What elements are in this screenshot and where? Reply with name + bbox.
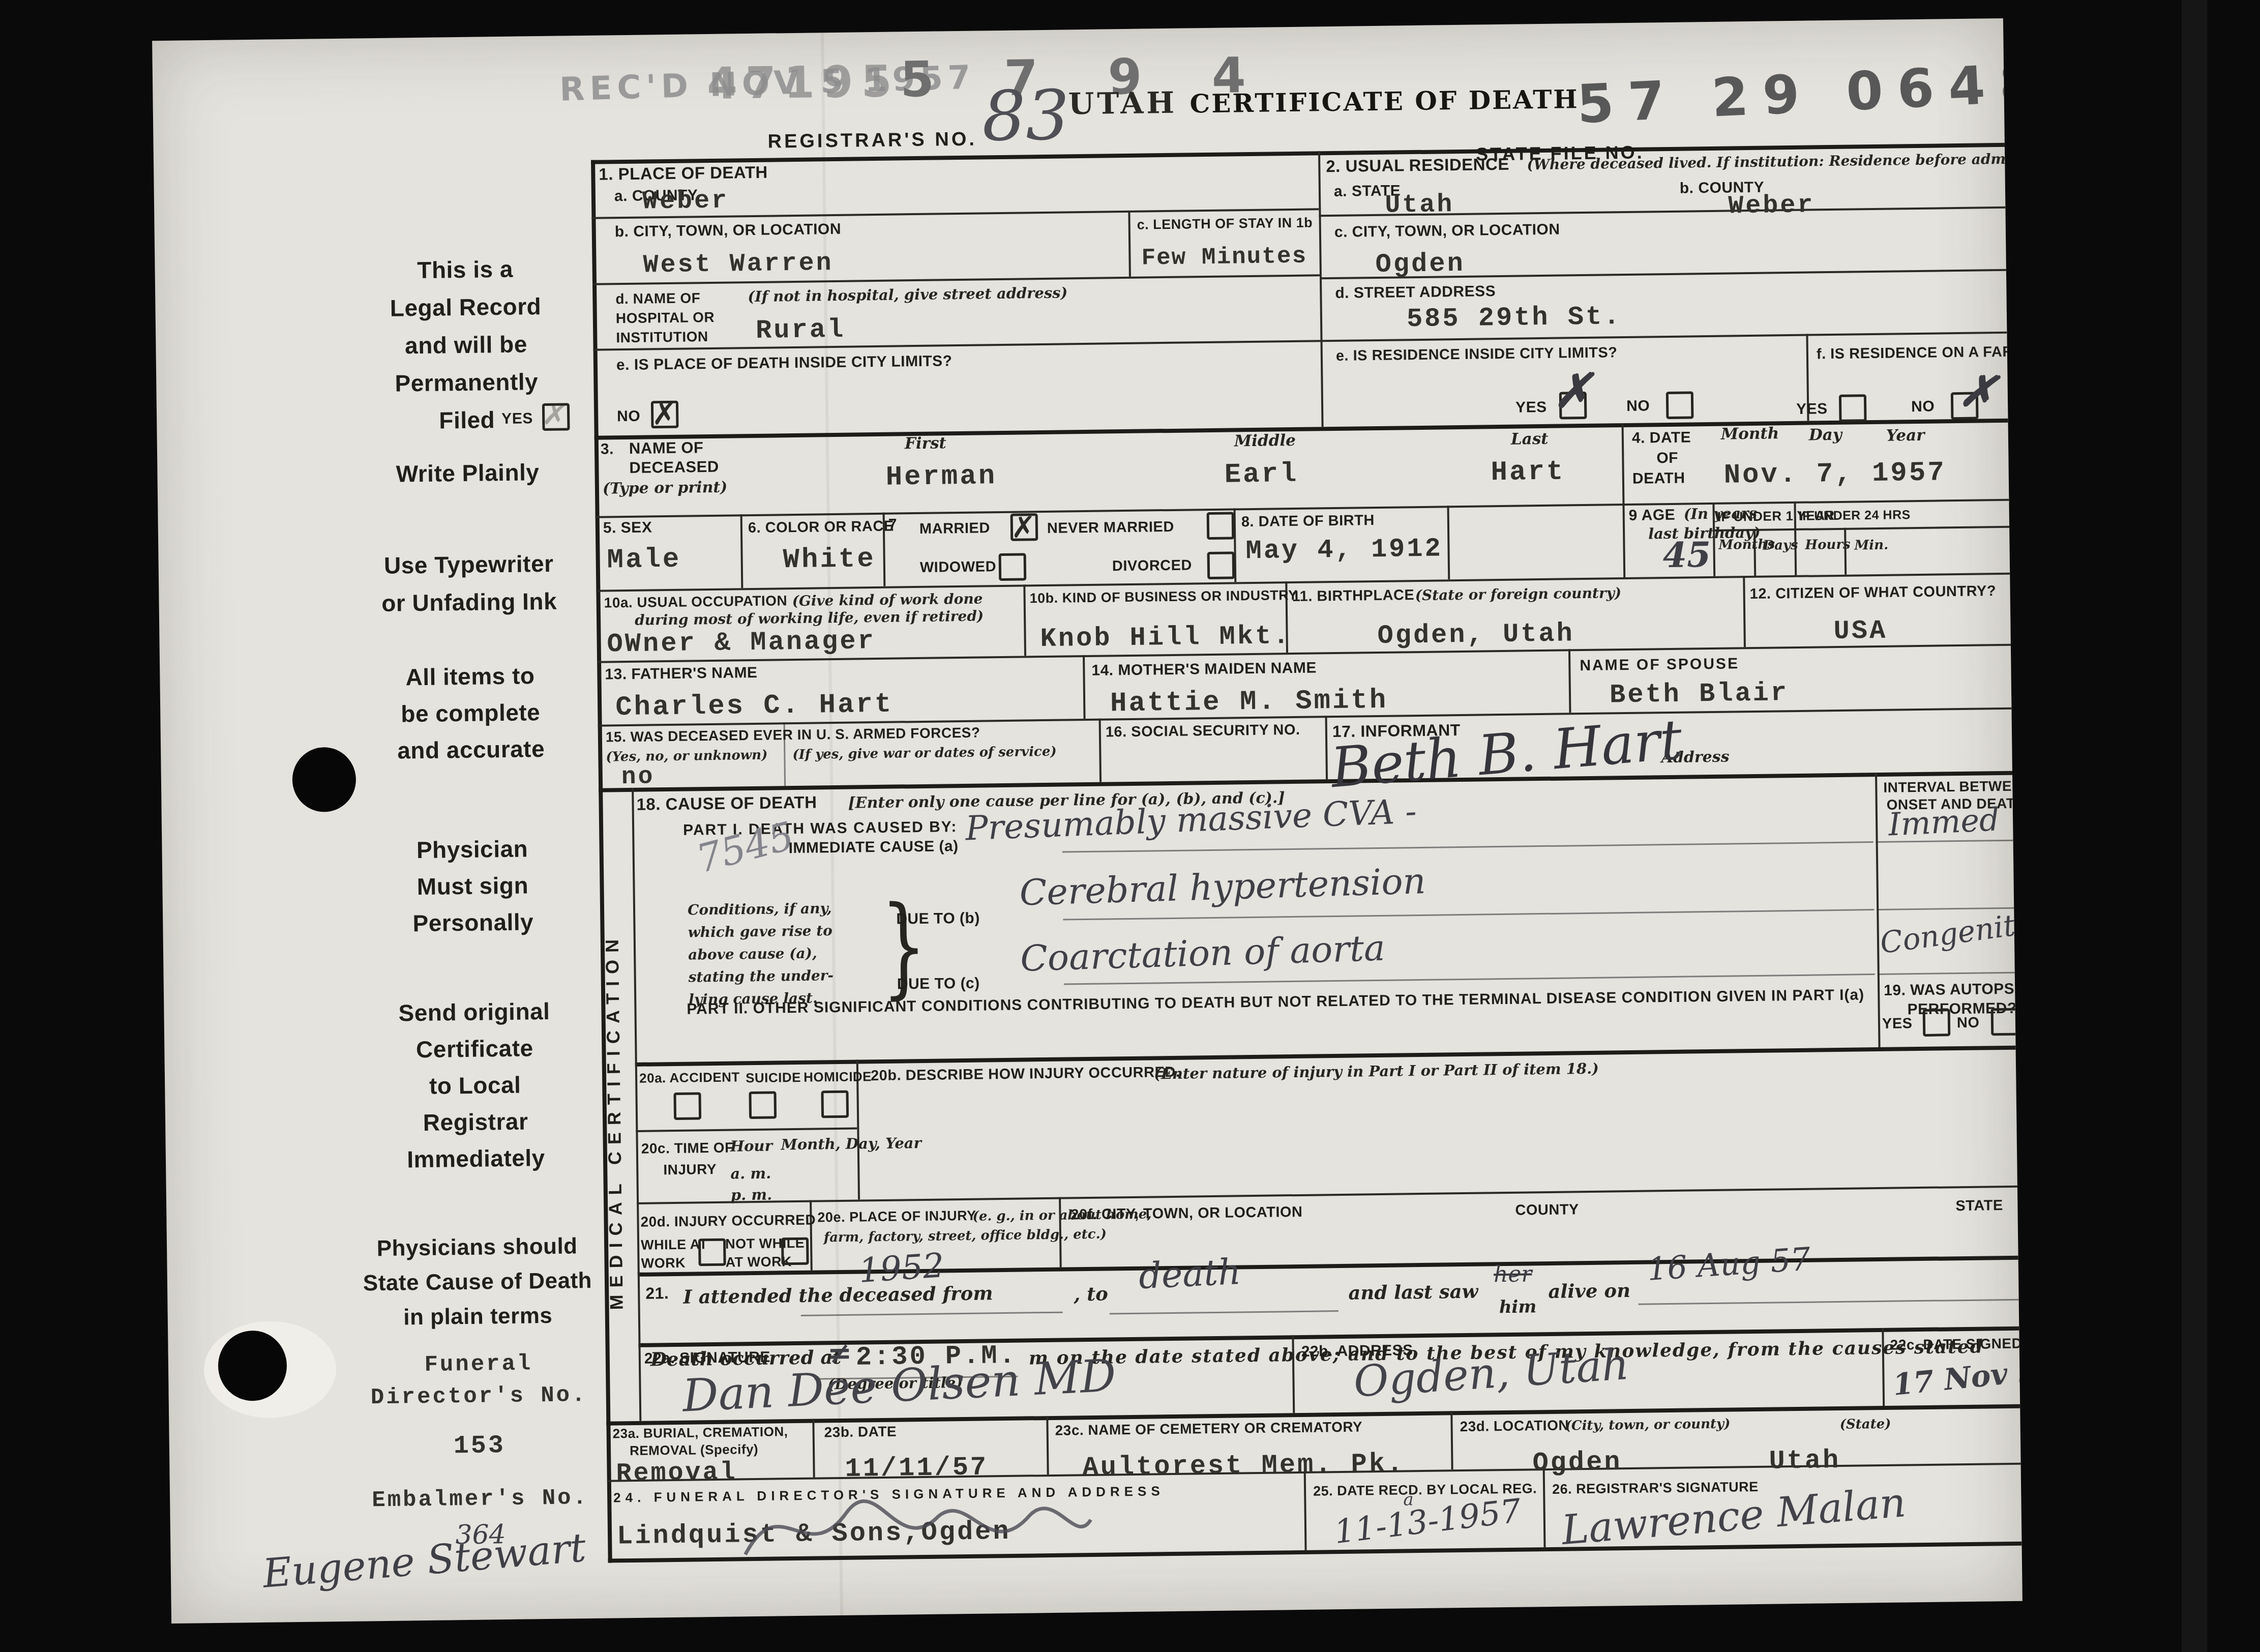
s21-text-4: alive on: [1548, 1279, 1630, 1303]
s3-first-value: Herman: [885, 461, 997, 493]
form-grid: [152, 18, 2003, 41]
s19-label-1: 19. WAS AUTOPSY: [1884, 981, 2023, 999]
section-14-mother: 14. MOTHER'S MAIDEN NAME Hattie M. Smith: [152, 18, 2003, 41]
s22a-label: 22a. SIGNATURE: [644, 1349, 771, 1368]
s2d-value: 585 29th St.: [1407, 302, 1622, 334]
s21-to-value: death: [1138, 1251, 1242, 1297]
s20d-while-label-2: WORK: [641, 1255, 686, 1272]
s3-label-2: DECEASED: [629, 458, 719, 477]
section-23-disposition: 23a. BURIAL, CREMATION, REMOVAL (Specify…: [152, 18, 2003, 41]
margin-complete-1: All items to: [353, 661, 587, 692]
s7-married-label: MARRIED: [919, 520, 990, 538]
s18-due-c-label: DUE TO (c): [897, 975, 980, 993]
margin-send-2: Certificate: [358, 1034, 592, 1064]
s6-value: White: [783, 544, 876, 576]
s10a-note-2: during most of working life, even if ret…: [635, 607, 984, 628]
s10a-note-1: (Give kind of work done: [792, 590, 983, 609]
section-16-ssn: 16. SOCIAL SECURITY NO.: [152, 18, 2003, 41]
s1b-label: b. CITY, TOWN, OR LOCATION: [615, 221, 842, 241]
s20e-note-2: farm, factory, street, office bldg., etc…: [824, 1227, 1107, 1246]
funeral-director-no-label-2: Director's No.: [341, 1382, 616, 1411]
margin-instructions: This is a Legal Record and will be Perma…: [152, 18, 2003, 41]
s3-note: (Type or print): [603, 479, 728, 498]
s10b-label: 10b. KIND OF BUSINESS OR INDUSTRY: [1029, 587, 1297, 606]
s6-label: 6. COLOR OR RACE: [748, 518, 894, 537]
s8-value: May 4, 1912: [1245, 534, 1443, 566]
s21-text-1: I attended the deceased from: [683, 1282, 993, 1308]
s4-label-3: DEATH: [1632, 470, 1685, 488]
interval-column: INTERVAL BETWEEN ONSET AND DEATH Immed C…: [152, 18, 2003, 41]
s20a-accident-checkbox: [673, 1092, 701, 1120]
s2f-label: f. IS RESIDENCE ON A FARM?: [1817, 343, 2023, 363]
margin-legal-2: Legal Record: [348, 292, 583, 322]
s1e-yes-mark: ✗: [541, 396, 570, 434]
s2c-label: c. CITY, TOWN, OR LOCATION: [1334, 221, 1560, 241]
s22c-label: 22c. DATE SIGNED: [1890, 1336, 2023, 1353]
s3-middle-label: Middle: [1234, 431, 1296, 450]
section-5-sex: 5. SEX Male: [152, 18, 2003, 41]
s20a-homicide-label: HOMICIDE: [804, 1069, 872, 1085]
embalmer-no-label: Embalmer's No.: [343, 1485, 618, 1514]
s25-superscript: a: [1403, 1489, 1414, 1510]
funeral-director-no-label-1: Funeral: [341, 1350, 616, 1379]
s3-last-label: Last: [1511, 430, 1549, 449]
margin-send-1: Send original: [357, 997, 591, 1027]
s20c-hour-label: Hour: [730, 1137, 773, 1155]
s15-note-2: (If yes, give war or dates of service): [792, 744, 1057, 762]
s19-no-checkbox: [1991, 1008, 2019, 1036]
certificate-header: REC'D NOV 5 1957 47195 5 7 9 4 REGISTRAR…: [152, 18, 2003, 41]
s4-month-label: Month: [1721, 424, 1779, 443]
s7-widowed-checkbox: [999, 553, 1027, 581]
s2c-value: Ogden: [1375, 249, 1465, 280]
section-4-date-of-death: 4. DATE OF DEATH Month Day Year Nov. 7, …: [152, 18, 2003, 41]
s1e-no-label: NO: [617, 408, 640, 426]
s16-label: 16. SOCIAL SECURITY NO.: [1106, 722, 1300, 741]
s5-value: Male: [607, 544, 681, 576]
s15-value: no: [621, 763, 655, 791]
section-12-citizen: 12. CITIZEN OF WHAT COUNTRY? USA: [152, 18, 2003, 41]
s21-from-value: 1952: [857, 1246, 945, 1290]
section-10b-industry: 10b. KIND OF BUSINESS OR INDUSTRY Knob H…: [152, 18, 2003, 41]
microfilm-photo: This is a Legal Record and will be Perma…: [0, 0, 2260, 1652]
s2f-no-mark: ✗: [1957, 363, 1999, 419]
certificate-title: UTAH CERTIFICATE OF DEATH: [1068, 80, 1579, 121]
s21-text-2: , to: [1074, 1283, 1108, 1306]
received-overlay-stamp: 47195: [707, 56, 900, 109]
s20f-state-label: STATE: [1955, 1197, 2003, 1215]
s8-label: 8. DATE OF BIRTH: [1241, 512, 1375, 530]
margin-send-5: Immediately: [359, 1143, 593, 1174]
s20d-while-label-1: WHILE AT: [641, 1236, 708, 1253]
s9-under24-label: IF UNDER 24 HRS: [1799, 508, 1911, 524]
s9-min-label: Min.: [1854, 538, 1888, 553]
s1e-no-checkbox: ✗: [651, 401, 679, 429]
s23a-label-2: REMOVAL (Specify): [630, 1441, 759, 1459]
s1d-note: (If not in hospital, give street address…: [748, 284, 1067, 305]
s1c-value: Few Minutes: [1141, 243, 1307, 272]
s20e-label: 20e. PLACE OF INJURY: [817, 1208, 976, 1226]
s9-days-label: Days: [1763, 538, 1798, 553]
s23d-city-value: Ogden: [1532, 1447, 1622, 1478]
s20a-label: 20a. ACCIDENT: [639, 1069, 740, 1086]
s5-label: 5. SEX: [603, 519, 652, 537]
s7-married-checkbox: ✗: [1010, 513, 1038, 541]
s18-cause-c-value: Coarctation of aorta: [1020, 927, 1386, 980]
s10a-label: 10a. USUAL OCCUPATION: [604, 593, 787, 611]
section-9-age: 9 AGE (In years last birthday) 45 IF UND…: [152, 18, 2003, 41]
margin-complete-3: and accurate: [354, 734, 588, 765]
margin-plain-3: in plain terms: [325, 1302, 631, 1331]
s23d-note: (City, town, or county): [1565, 1417, 1730, 1434]
s7-divorced-checkbox: [1207, 551, 1235, 579]
margin-ink-1: Use Typewriter: [341, 549, 596, 580]
s2e-yes-label: YES: [1515, 399, 1547, 417]
s20a-suicide-checkbox: [749, 1091, 777, 1119]
s18-immediate-cause-label: IMMEDIATE CAUSE (a): [788, 838, 958, 857]
s23c-label: 23c. NAME OF CEMETERY OR CREMATORY: [1055, 1419, 1362, 1438]
section-17-informant: 17. INFORMANT Address Beth B. Hart: [152, 18, 2003, 41]
s4-label-2: OF: [1656, 450, 1678, 467]
margin-send-4: Registrar: [359, 1107, 593, 1137]
section-3-name-of-deceased: 3. NAME OF DECEASED (Type or print) Firs…: [152, 18, 2003, 41]
s18-conditions-note: Conditions, if any, which gave rise to a…: [688, 897, 893, 1011]
s13-label: 13. FATHER'S NAME: [605, 664, 758, 684]
s19-no-label: NO: [1957, 1015, 1980, 1032]
registrar-no-label: REGISTRAR'S NO.: [767, 129, 977, 153]
s20b-label: 20b. DESCRIBE HOW INJURY OCCURRED.: [871, 1064, 1180, 1084]
s11-note: (State or foreign country): [1415, 584, 1621, 604]
s1e-label: e. IS PLACE OF DEATH INSIDE CITY LIMITS?: [616, 352, 953, 374]
s21-num: 21.: [645, 1284, 669, 1303]
s1-title: 1. PLACE OF DEATH: [599, 163, 768, 184]
title-utah: UTAH: [1068, 85, 1177, 122]
margin-plain-1: Physicians should: [324, 1233, 630, 1262]
s23d-state-value: Utah: [1769, 1445, 1841, 1477]
s20a-suicide-label: SUICIDE: [746, 1070, 801, 1086]
s1e-yes-checkbox: ✗: [542, 403, 570, 431]
s20b-note: (Enter nature of injury in Part I or Par…: [1154, 1060, 1599, 1083]
s9-value: 45: [1662, 535, 1711, 576]
interval-c-value: Congenital: [1878, 904, 2023, 960]
s13-value: Charles C. Hart: [615, 689, 894, 724]
s1e-no-mark: ✗: [651, 396, 677, 432]
s2e-no-checkbox: [1666, 391, 1694, 419]
s4-value: Nov. 7, 1957: [1723, 457, 1946, 491]
s19-yes-checkbox: [1923, 1009, 1951, 1037]
s18-cause-b-value: Cerebral hypertension: [1019, 860, 1426, 914]
s14-label: 14. MOTHER'S MAIDEN NAME: [1091, 659, 1317, 679]
s10a-value: OWner & Manager: [607, 626, 876, 659]
margin-legal-4: Permanently: [349, 367, 584, 398]
spouse-label: NAME OF SPOUSE: [1580, 655, 1739, 674]
s2a-value: Utah: [1385, 190, 1454, 220]
s20c-am-label: a. m.: [730, 1165, 771, 1183]
s2-title: 2. USUAL RESIDENCE: [1326, 155, 1509, 176]
s2f-yes-label: YES: [1796, 400, 1828, 418]
s15-note-1: (Yes, no, or unknown): [606, 748, 767, 765]
s7-divorced-label: DIVORCED: [1112, 557, 1192, 575]
margin-send-3: to Local: [358, 1070, 592, 1101]
s2f-yes-checkbox: [1839, 394, 1867, 422]
s1d-label: d. NAME OF HOSPITAL OR INSTITUTION: [615, 288, 743, 347]
margin-complete-2: be complete: [353, 698, 588, 728]
s20f-label: 20f. CITY, TOWN, OR LOCATION: [1070, 1204, 1302, 1224]
s4-day-label: Day: [1809, 426, 1842, 445]
s3-last-value: Hart: [1491, 456, 1565, 488]
section-20-injury: 20a. ACCIDENT SUICIDE HOMICIDE 20b. DESC…: [152, 18, 2003, 41]
s1c-label: c. LENGTH OF STAY IN 1b: [1137, 215, 1313, 232]
film-edge-strip: [2182, 0, 2207, 1652]
s9-hours-label: Hours: [1805, 537, 1851, 553]
s4-year-label: Year: [1886, 426, 1925, 445]
section-2-usual-residence: 2. USUAL RESIDENCE (Where deceased lived…: [152, 18, 2003, 41]
s23a-value: Removal: [616, 1458, 737, 1489]
s3-num: 3.: [601, 440, 614, 458]
funeral-director-no-value: 153: [342, 1430, 617, 1462]
s23d-state-note: (State): [1839, 1417, 1891, 1432]
s15-label: 15. WAS DECEASED EVER IN U. S. ARMED FOR…: [606, 725, 980, 746]
s19-yes-label: YES: [1882, 1015, 1913, 1032]
s20f-county-label: COUNTY: [1515, 1201, 1579, 1219]
margin-physician-1: Physician: [355, 834, 589, 865]
section-26-registrar: 26. REGISTRAR'S SIGNATURE Lawrence Malan: [152, 18, 2003, 41]
s3-label-1: NAME OF: [629, 438, 704, 458]
title-main: CERTIFICATE OF DEATH: [1190, 84, 1579, 119]
margin-physician-2: Must sign: [355, 871, 590, 901]
section-24-funeral-director: 24. FUNERAL DIRECTOR'S SIGNATURE AND ADD…: [152, 18, 2003, 41]
s14-value: Hattie M. Smith: [1110, 685, 1388, 720]
margin-legal-3: and will be: [349, 330, 583, 360]
s9-label: 9 AGE: [1629, 507, 1676, 524]
s21-him-label: him: [1499, 1296, 1536, 1317]
s12-label: 12. CITIZEN OF WHAT COUNTRY?: [1749, 583, 1996, 603]
section-spouse: NAME OF SPOUSE Beth Blair: [152, 18, 2003, 41]
s4-label-1: 4. DATE: [1632, 429, 1691, 447]
s3-middle-value: Earl: [1224, 459, 1298, 491]
margin-ink-2: or Unfading Ink: [342, 587, 597, 617]
s23a-label-1: 23a. BURIAL, CREMATION,: [612, 1424, 788, 1441]
s11-label: 11. BIRTHPLACE: [1292, 587, 1414, 605]
s20c-pm-label: p. m.: [731, 1186, 772, 1204]
s23b-label: 23b. DATE: [824, 1424, 897, 1441]
s3-first-label: First: [905, 434, 946, 453]
s2e-yes-mark: ✗: [1553, 363, 1592, 419]
margin-write-plainly: Write Plainly: [350, 458, 585, 488]
s18-title: 18. CAUSE OF DEATH: [636, 792, 817, 814]
s20d-label: 20d. INJURY OCCURRED: [640, 1212, 816, 1230]
section-11-birthplace: 11. BIRTHPLACE (State or foreign country…: [152, 18, 2003, 41]
s7-never-married-checkbox: [1207, 512, 1235, 540]
s21-text-3: and last saw: [1348, 1280, 1478, 1304]
s7-widowed-label: WIDOWED: [920, 558, 996, 576]
section-7-marital-status: 7 MARRIED ✗ NEVER MARRIED WIDOWED DIVORC…: [152, 18, 2003, 41]
s23c-value: Aultorest Mem. Pk.: [1082, 1449, 1405, 1483]
margin-legal-1: This is a: [348, 254, 582, 285]
section-19-autopsy: 19. WAS AUTOPSY PERFORMED? YES NO: [152, 18, 2003, 41]
section-1-place-of-death: 1. PLACE OF DEATH a. COUNTY Weber b. CIT…: [152, 18, 2003, 41]
s20c-label-2: INJURY: [663, 1161, 717, 1178]
s1b-value: West Warren: [643, 249, 834, 280]
certificate-paper: This is a Legal Record and will be Perma…: [152, 18, 2023, 1624]
section-15-armed-forces: 15. WAS DECEASED EVER IN U. S. ARMED FOR…: [152, 18, 2003, 41]
s1a-value: Weber: [642, 187, 729, 217]
s21-her-scribble: her: [1494, 1261, 1532, 1287]
s20a-homicide-checkbox: [821, 1090, 849, 1118]
section-8-date-of-birth: 8. DATE OF BIRTH May 4, 1912: [152, 18, 2003, 41]
s22c-date-value: 17 Nov 57: [1891, 1351, 2023, 1402]
s2f-no-label: NO: [1911, 398, 1935, 416]
section-10a-occupation: 10a. USUAL OCCUPATION (Give kind of work…: [152, 18, 2003, 41]
punch-hole: [292, 747, 356, 813]
s23d-label: 23d. LOCATION: [1460, 1418, 1569, 1435]
s7-num: 7: [888, 516, 898, 534]
section-18-cause-of-death: 18. CAUSE OF DEATH [Enter only one cause…: [152, 18, 2003, 41]
s2b-value: Weber: [1728, 191, 1815, 221]
section-21-attendance: 21. I attended the deceased from 1952 , …: [152, 18, 2003, 41]
s10b-value: Knob Hill Mkt.: [1040, 621, 1291, 654]
s20d-while-checkbox: [698, 1238, 726, 1266]
s7-never-married-label: NEVER MARRIED: [1047, 519, 1174, 537]
interval-label-1: INTERVAL BETWEEN: [1883, 778, 2023, 796]
s12-value: USA: [1833, 616, 1887, 646]
s2e-no-label: NO: [1626, 397, 1650, 415]
registrar-no-value: 83: [982, 75, 1070, 156]
s1e-yes-label: YES: [501, 410, 533, 428]
margin-plain-2: State Cause of Death: [325, 1267, 631, 1296]
s2d-label: d. STREET ADDRESS: [1335, 283, 1496, 302]
s11-value: Ogden, Utah: [1377, 618, 1574, 651]
state-file-number-stamp: 57 29 0648: [1575, 51, 2023, 136]
interval-a-value: Immed: [1888, 801, 2001, 843]
funeral-director-signature-scrawl: [739, 1469, 1097, 1585]
s18-due-b-label: DUE TO (b): [896, 910, 980, 928]
margin-physician-3: Personally: [356, 907, 590, 938]
section-13-father: 13. FATHER'S NAME Charles C. Hart: [152, 18, 2003, 41]
section-6-color-race: 6. COLOR OR RACE White: [152, 18, 2003, 41]
s21-lastseen-value: 16 Aug 57: [1646, 1240, 1812, 1288]
s20c-label-1: 20c. TIME OF: [641, 1140, 734, 1157]
s20c-mdy-label: Month, Day, Year: [781, 1134, 922, 1153]
section-25-date-received: 25. DATE RECD. BY LOCAL REG. 11-13-1957 …: [152, 18, 2003, 41]
s7-married-mark: ✗: [1011, 510, 1036, 545]
s2e-label: e. IS RESIDENCE INSIDE CITY LIMITS?: [1336, 344, 1618, 365]
s25-value: 11-13-1957: [1332, 1492, 1523, 1552]
s1d-value: Rural: [756, 315, 846, 346]
section-22-physician: 22a. SIGNATURE (Degree or title) Dan Dee…: [152, 18, 2003, 41]
s20d-notwhile-checkbox: [781, 1237, 809, 1265]
spouse-value: Beth Blair: [1610, 678, 1789, 710]
